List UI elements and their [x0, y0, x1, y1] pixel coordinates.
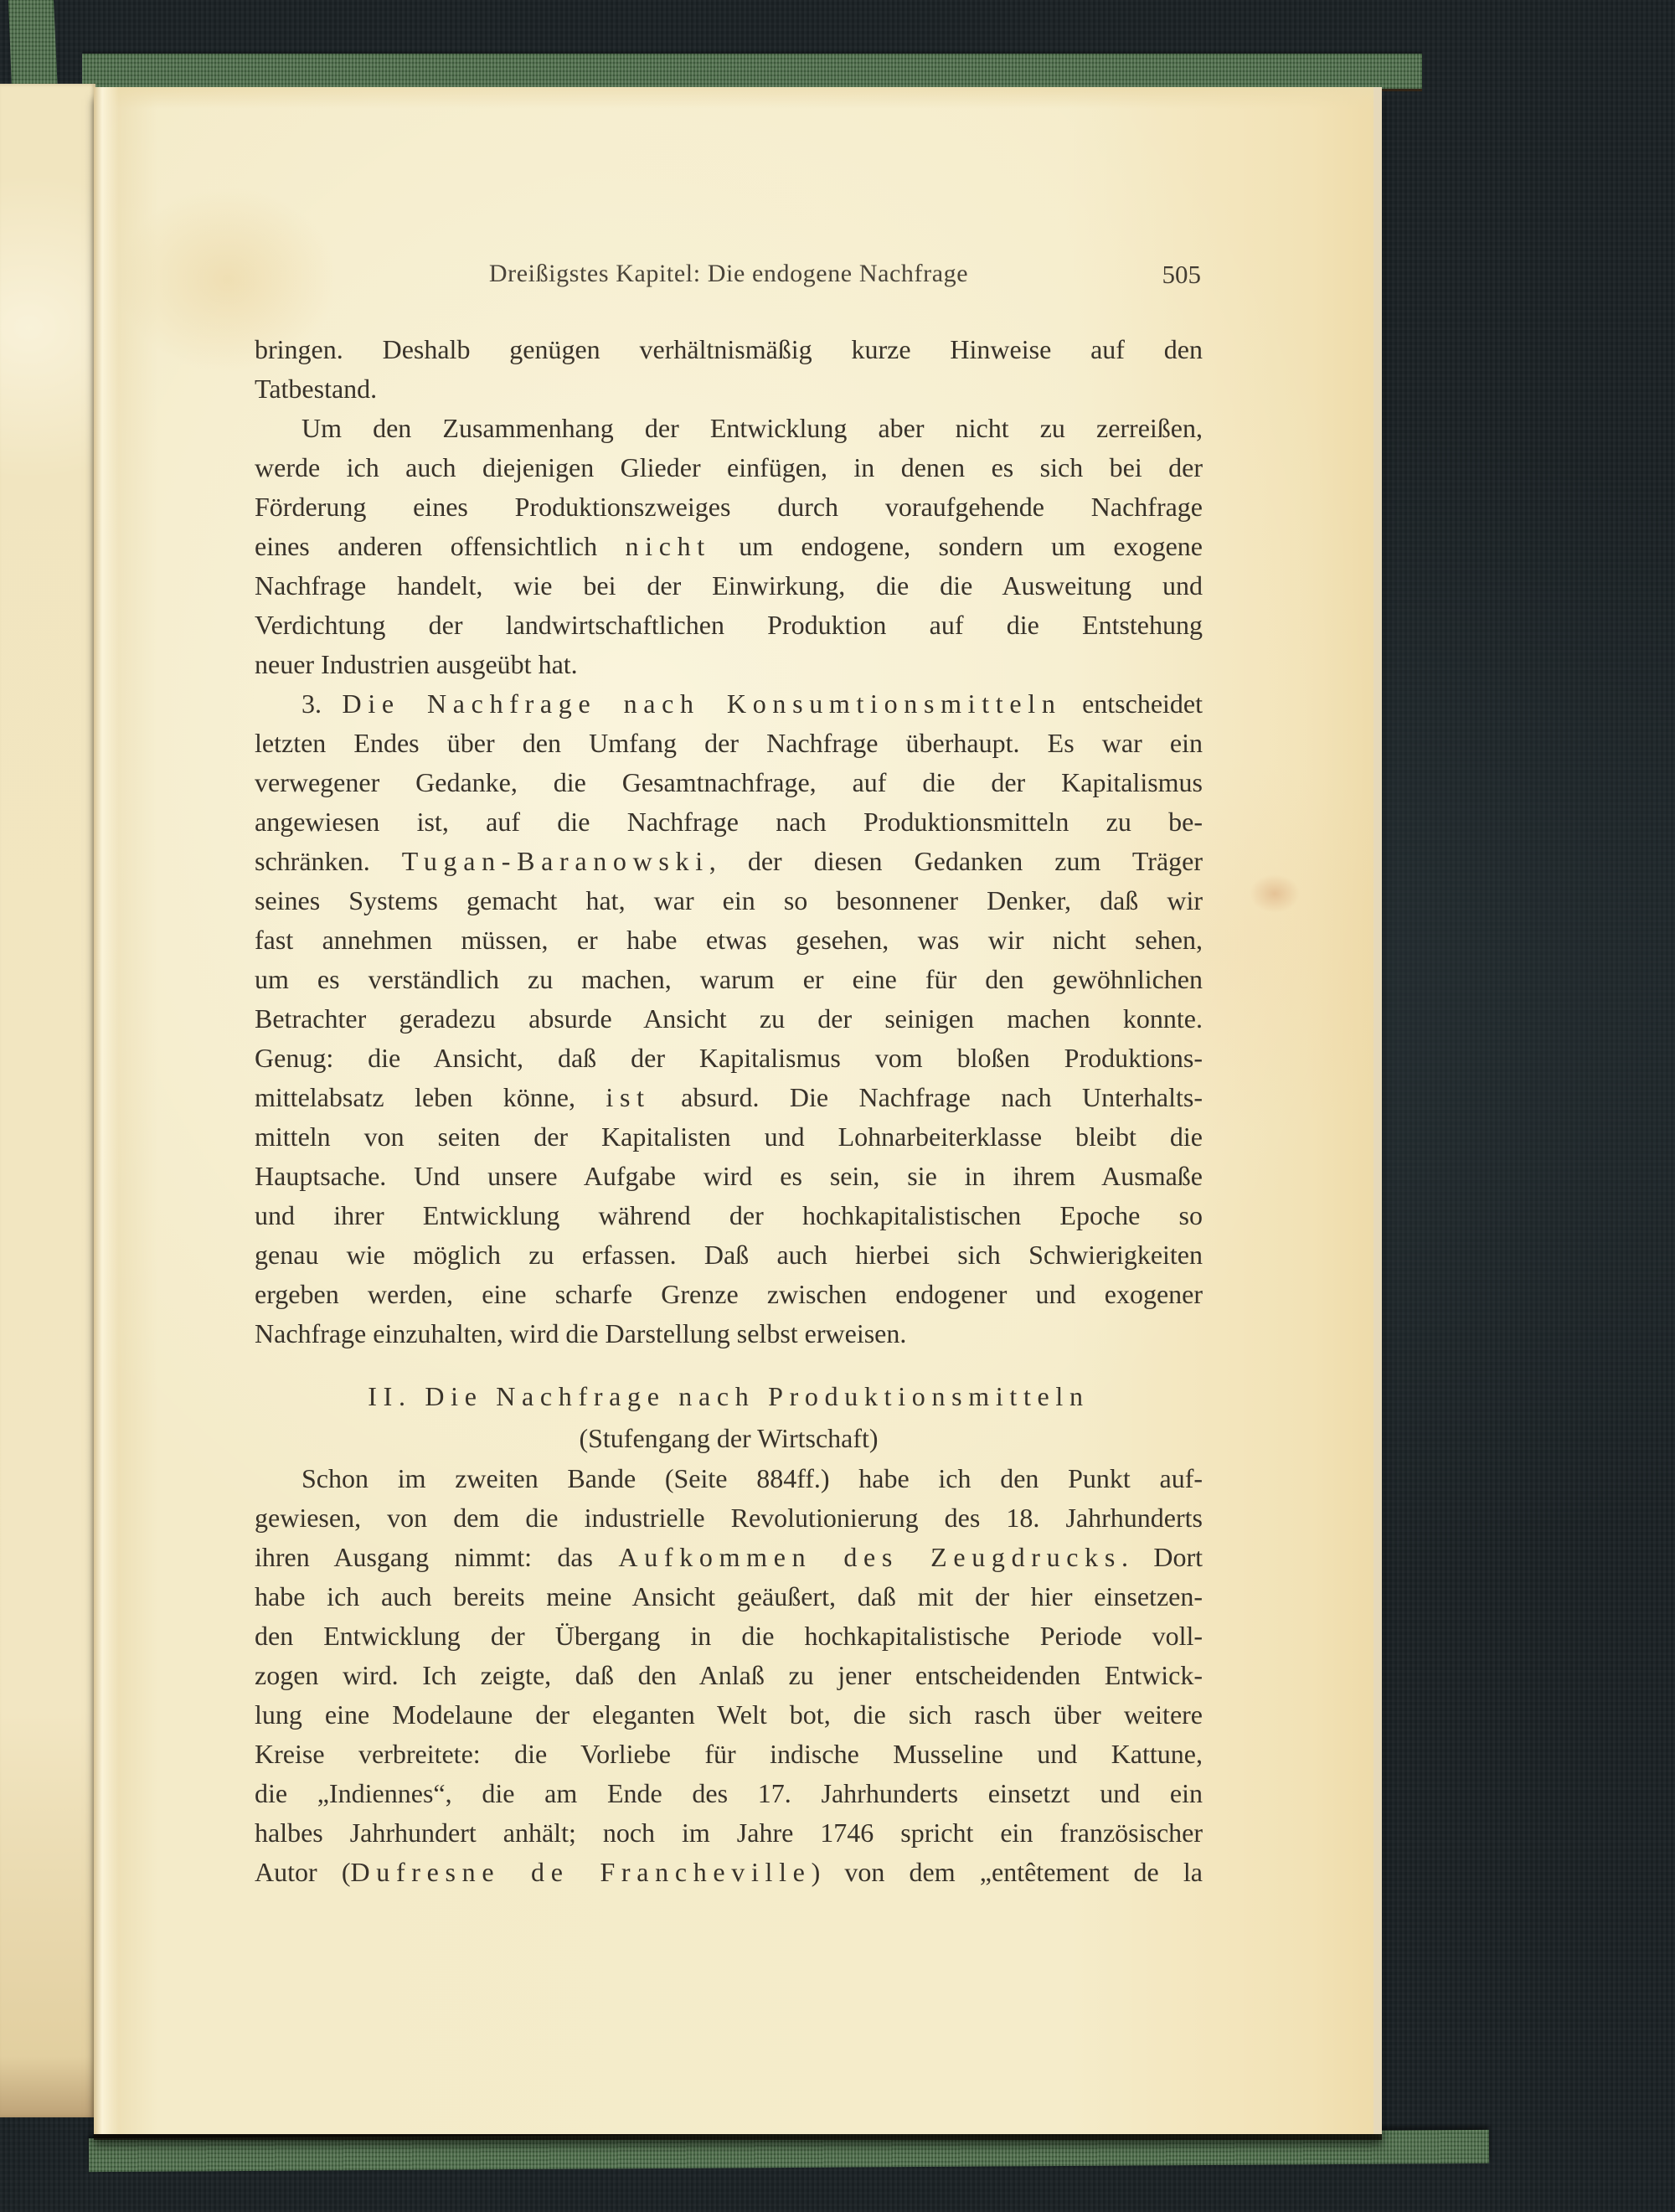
text-segment: bringen. Deshalb genügen verhältnismäßig…: [255, 334, 1203, 364]
text-line: Nachfrage handelt, wie bei der Einwirkun…: [255, 566, 1203, 606]
emphasized-spaced-text: Dufresne de Francheville: [350, 1857, 811, 1887]
text-segment: um es verständlich zu machen, warum er e…: [255, 964, 1203, 994]
text-line: Betrachter geradezu absurde Ansicht zu d…: [255, 999, 1203, 1039]
text-segment: ihren Ausgang nimmt: das: [255, 1542, 618, 1572]
text-line: Autor (Dufresne de Francheville) von dem…: [255, 1853, 1203, 1892]
text-segment: die „Indiennes“, die am Ende des 17. Jah…: [255, 1778, 1203, 1808]
text-line: gewiesen, von dem die industrielle Revol…: [255, 1498, 1203, 1538]
text-line: halbes Jahrhundert anhält; noch im Jahre…: [255, 1813, 1203, 1853]
paragraph: Um den Zusammenhang der Entwicklung aber…: [255, 409, 1203, 684]
text-segment: seines Systems gemacht hat, war ein so b…: [255, 885, 1203, 915]
text-line: Genug: die Ansicht, daß der Kapitalismus…: [255, 1039, 1203, 1078]
text-segment: neuer Industrien ausgeübt hat.: [255, 649, 578, 679]
text-segment: verwegener Gedanke, die Gesamtnachfrage,…: [255, 767, 1203, 797]
chapter-title: Dreißigstes Kapitel: Die endogene Nachfr…: [255, 260, 1203, 288]
text-segment: absurd. Die Nachfrage nach Unterhalts-: [651, 1082, 1203, 1112]
text-segment: eines anderen offensichtlich: [255, 531, 625, 561]
text-line: lung eine Modelaune der eleganten Welt b…: [255, 1695, 1203, 1735]
emphasized-spaced-text: II. Die Nachfrage nach Produktionsmittel…: [368, 1381, 1089, 1411]
text-segment: und ihrer Entwicklung während der hochka…: [255, 1200, 1203, 1230]
book-cover-cloth-top: [82, 54, 1422, 89]
text-line: verwegener Gedanke, die Gesamtnachfrage,…: [255, 763, 1203, 802]
text-segment: Autor (: [255, 1857, 350, 1887]
text-line: habe ich auch bereits meine Ansicht geäu…: [255, 1577, 1203, 1616]
text-segment: Verdichtung der landwirtschaftlichen Pro…: [255, 610, 1203, 640]
page-text: bringen. Deshalb genügen verhältnismäßig…: [255, 330, 1203, 1892]
text-line: letzten Endes über den Umfang der Nachfr…: [255, 724, 1203, 763]
text-segment: werde ich auch diejenigen Glieder einfüg…: [255, 452, 1203, 482]
text-segment: Genug: die Ansicht, daß der Kapitalismus…: [255, 1043, 1203, 1073]
emphasized-spaced-text: nicht: [625, 531, 710, 561]
text-line: Förderung eines Produktionszweiges durch…: [255, 487, 1203, 527]
text-segment: . Dort: [1121, 1542, 1203, 1572]
text-segment: Nachfrage einzuhalten, wird die Darstell…: [255, 1318, 906, 1348]
text-line: genau wie möglich zu erfassen. Daß auch …: [255, 1235, 1203, 1275]
text-line: mittelabsatz leben könne, ist absurd. Di…: [255, 1078, 1203, 1117]
text-segment: genau wie möglich zu erfassen. Daß auch …: [255, 1240, 1203, 1270]
text-segment: zogen wird. Ich zeigte, daß den Anlaß zu…: [255, 1660, 1203, 1690]
text-segment: lung eine Modelaune der eleganten Welt b…: [255, 1699, 1203, 1730]
text-segment: Schon im zweiten Bande (Seite 884ff.) ha…: [301, 1463, 1203, 1493]
text-segment: um endogene, sondern um exogene: [711, 531, 1203, 561]
emphasized-spaced-text: Aufkommen des Zeugdrucks: [618, 1542, 1121, 1572]
emphasized-spaced-text: Die Nachfrage nach Konsumtionsmitteln: [343, 688, 1062, 719]
paragraph: 3. Die Nachfrage nach Konsumtionsmitteln…: [255, 684, 1203, 1353]
text-segment: ) von dem „entêtement de la: [812, 1857, 1203, 1887]
text-line: 3. Die Nachfrage nach Konsumtionsmitteln…: [255, 684, 1203, 724]
text-line: ihren Ausgang nimmt: das Aufkommen des Z…: [255, 1538, 1203, 1577]
text-segment: 3.: [301, 688, 343, 719]
text-segment: Um den Zusammenhang der Entwicklung aber…: [301, 413, 1203, 443]
text-segment: mitteln von seiten der Kapitalisten und …: [255, 1121, 1203, 1152]
text-line: zogen wird. Ich zeigte, daß den Anlaß zu…: [255, 1656, 1203, 1695]
text-line: Um den Zusammenhang der Entwicklung aber…: [255, 409, 1203, 448]
paragraph: Schon im zweiten Bande (Seite 884ff.) ha…: [255, 1459, 1203, 1892]
text-segment: ergeben werden, eine scharfe Grenze zwis…: [255, 1279, 1203, 1309]
text-line: fast annehmen müssen, er habe etwas gese…: [255, 920, 1203, 960]
text-line: bringen. Deshalb genügen verhältnismäßig…: [255, 330, 1203, 369]
text-line: mitteln von seiten der Kapitalisten und …: [255, 1117, 1203, 1157]
text-line: werde ich auch diejenigen Glieder einfüg…: [255, 448, 1203, 487]
running-header: Dreißigstes Kapitel: Die endogene Nachfr…: [255, 260, 1203, 288]
text-segment: Hauptsache. Und unsere Aufgabe wird es s…: [255, 1161, 1203, 1191]
emphasized-spaced-text: Tugan-Baranowski: [402, 846, 709, 876]
emphasized-spaced-text: ist: [606, 1082, 650, 1112]
text-segment: habe ich auch bereits meine Ansicht geäu…: [255, 1581, 1203, 1611]
photo-background: Dreißigstes Kapitel: Die endogene Nachfr…: [0, 0, 1675, 2212]
text-segment: angewiesen ist, auf die Nachfrage nach P…: [255, 807, 1203, 837]
text-segment: den Entwicklung der Übergang in die hoch…: [255, 1621, 1203, 1651]
gutter-crease: [94, 87, 119, 2134]
text-line: neuer Industrien ausgeübt hat.: [255, 645, 1203, 684]
text-segment: fast annehmen müssen, er habe etwas gese…: [255, 925, 1203, 955]
text-line: Schon im zweiten Bande (Seite 884ff.) ha…: [255, 1459, 1203, 1498]
text-line: angewiesen ist, auf die Nachfrage nach P…: [255, 802, 1203, 842]
page-number: 505: [1162, 260, 1202, 290]
text-line: und ihrer Entwicklung während der hochka…: [255, 1196, 1203, 1235]
page-stain: [1250, 874, 1300, 913]
text-segment: schränken.: [255, 846, 402, 876]
text-segment: halbes Jahrhundert anhält; noch im Jahre…: [255, 1818, 1203, 1848]
text-segment: Tatbestand.: [255, 374, 377, 404]
text-line: (Stufengang der Wirtschaft): [255, 1417, 1203, 1459]
section-heading: II. Die Nachfrage nach Produktionsmittel…: [255, 1375, 1203, 1459]
text-segment: gewiesen, von dem die industrielle Revol…: [255, 1503, 1203, 1533]
text-line: die „Indiennes“, die am Ende des 17. Jah…: [255, 1774, 1203, 1813]
page-stack-left-edge: [0, 84, 95, 2117]
text-line: Nachfrage einzuhalten, wird die Darstell…: [255, 1314, 1203, 1353]
paragraph: bringen. Deshalb genügen verhältnismäßig…: [255, 330, 1203, 409]
text-segment: Kreise verbreitete: die Vorliebe für ind…: [255, 1739, 1203, 1769]
text-line: seines Systems gemacht hat, war ein so b…: [255, 881, 1203, 920]
text-segment: letzten Endes über den Umfang der Nachfr…: [255, 728, 1203, 758]
text-line: II. Die Nachfrage nach Produktionsmittel…: [255, 1375, 1203, 1417]
text-segment: mittelabsatz leben könne,: [255, 1082, 606, 1112]
text-line: Hauptsache. Und unsere Aufgabe wird es s…: [255, 1157, 1203, 1196]
text-line: um es verständlich zu machen, warum er e…: [255, 960, 1203, 999]
text-line: ergeben werden, eine scharfe Grenze zwis…: [255, 1275, 1203, 1314]
text-segment: Förderung eines Produktionszweiges durch…: [255, 492, 1203, 522]
text-line: Kreise verbreitete: die Vorliebe für ind…: [255, 1735, 1203, 1774]
text-line: eines anderen offensichtlich nicht um en…: [255, 527, 1203, 566]
text-segment: Nachfrage handelt, wie bei der Einwirkun…: [255, 570, 1203, 601]
text-line: den Entwicklung der Übergang in die hoch…: [255, 1616, 1203, 1656]
book-page: Dreißigstes Kapitel: Die endogene Nachfr…: [94, 87, 1382, 2134]
text-segment: , der diesen Gedanken zum Träger: [709, 846, 1203, 876]
text-segment: (Stufengang der Wirtschaft): [579, 1423, 878, 1453]
text-line: schränken. Tugan-Baranowski, der diesen …: [255, 842, 1203, 881]
text-line: Tatbestand.: [255, 369, 1203, 409]
text-segment: entscheidet: [1062, 688, 1203, 719]
book-cover-cloth-bottom: [89, 2130, 1489, 2172]
text-segment: Betrachter geradezu absurde Ansicht zu d…: [255, 1003, 1203, 1034]
text-line: Verdichtung der landwirtschaftlichen Pro…: [255, 606, 1203, 645]
